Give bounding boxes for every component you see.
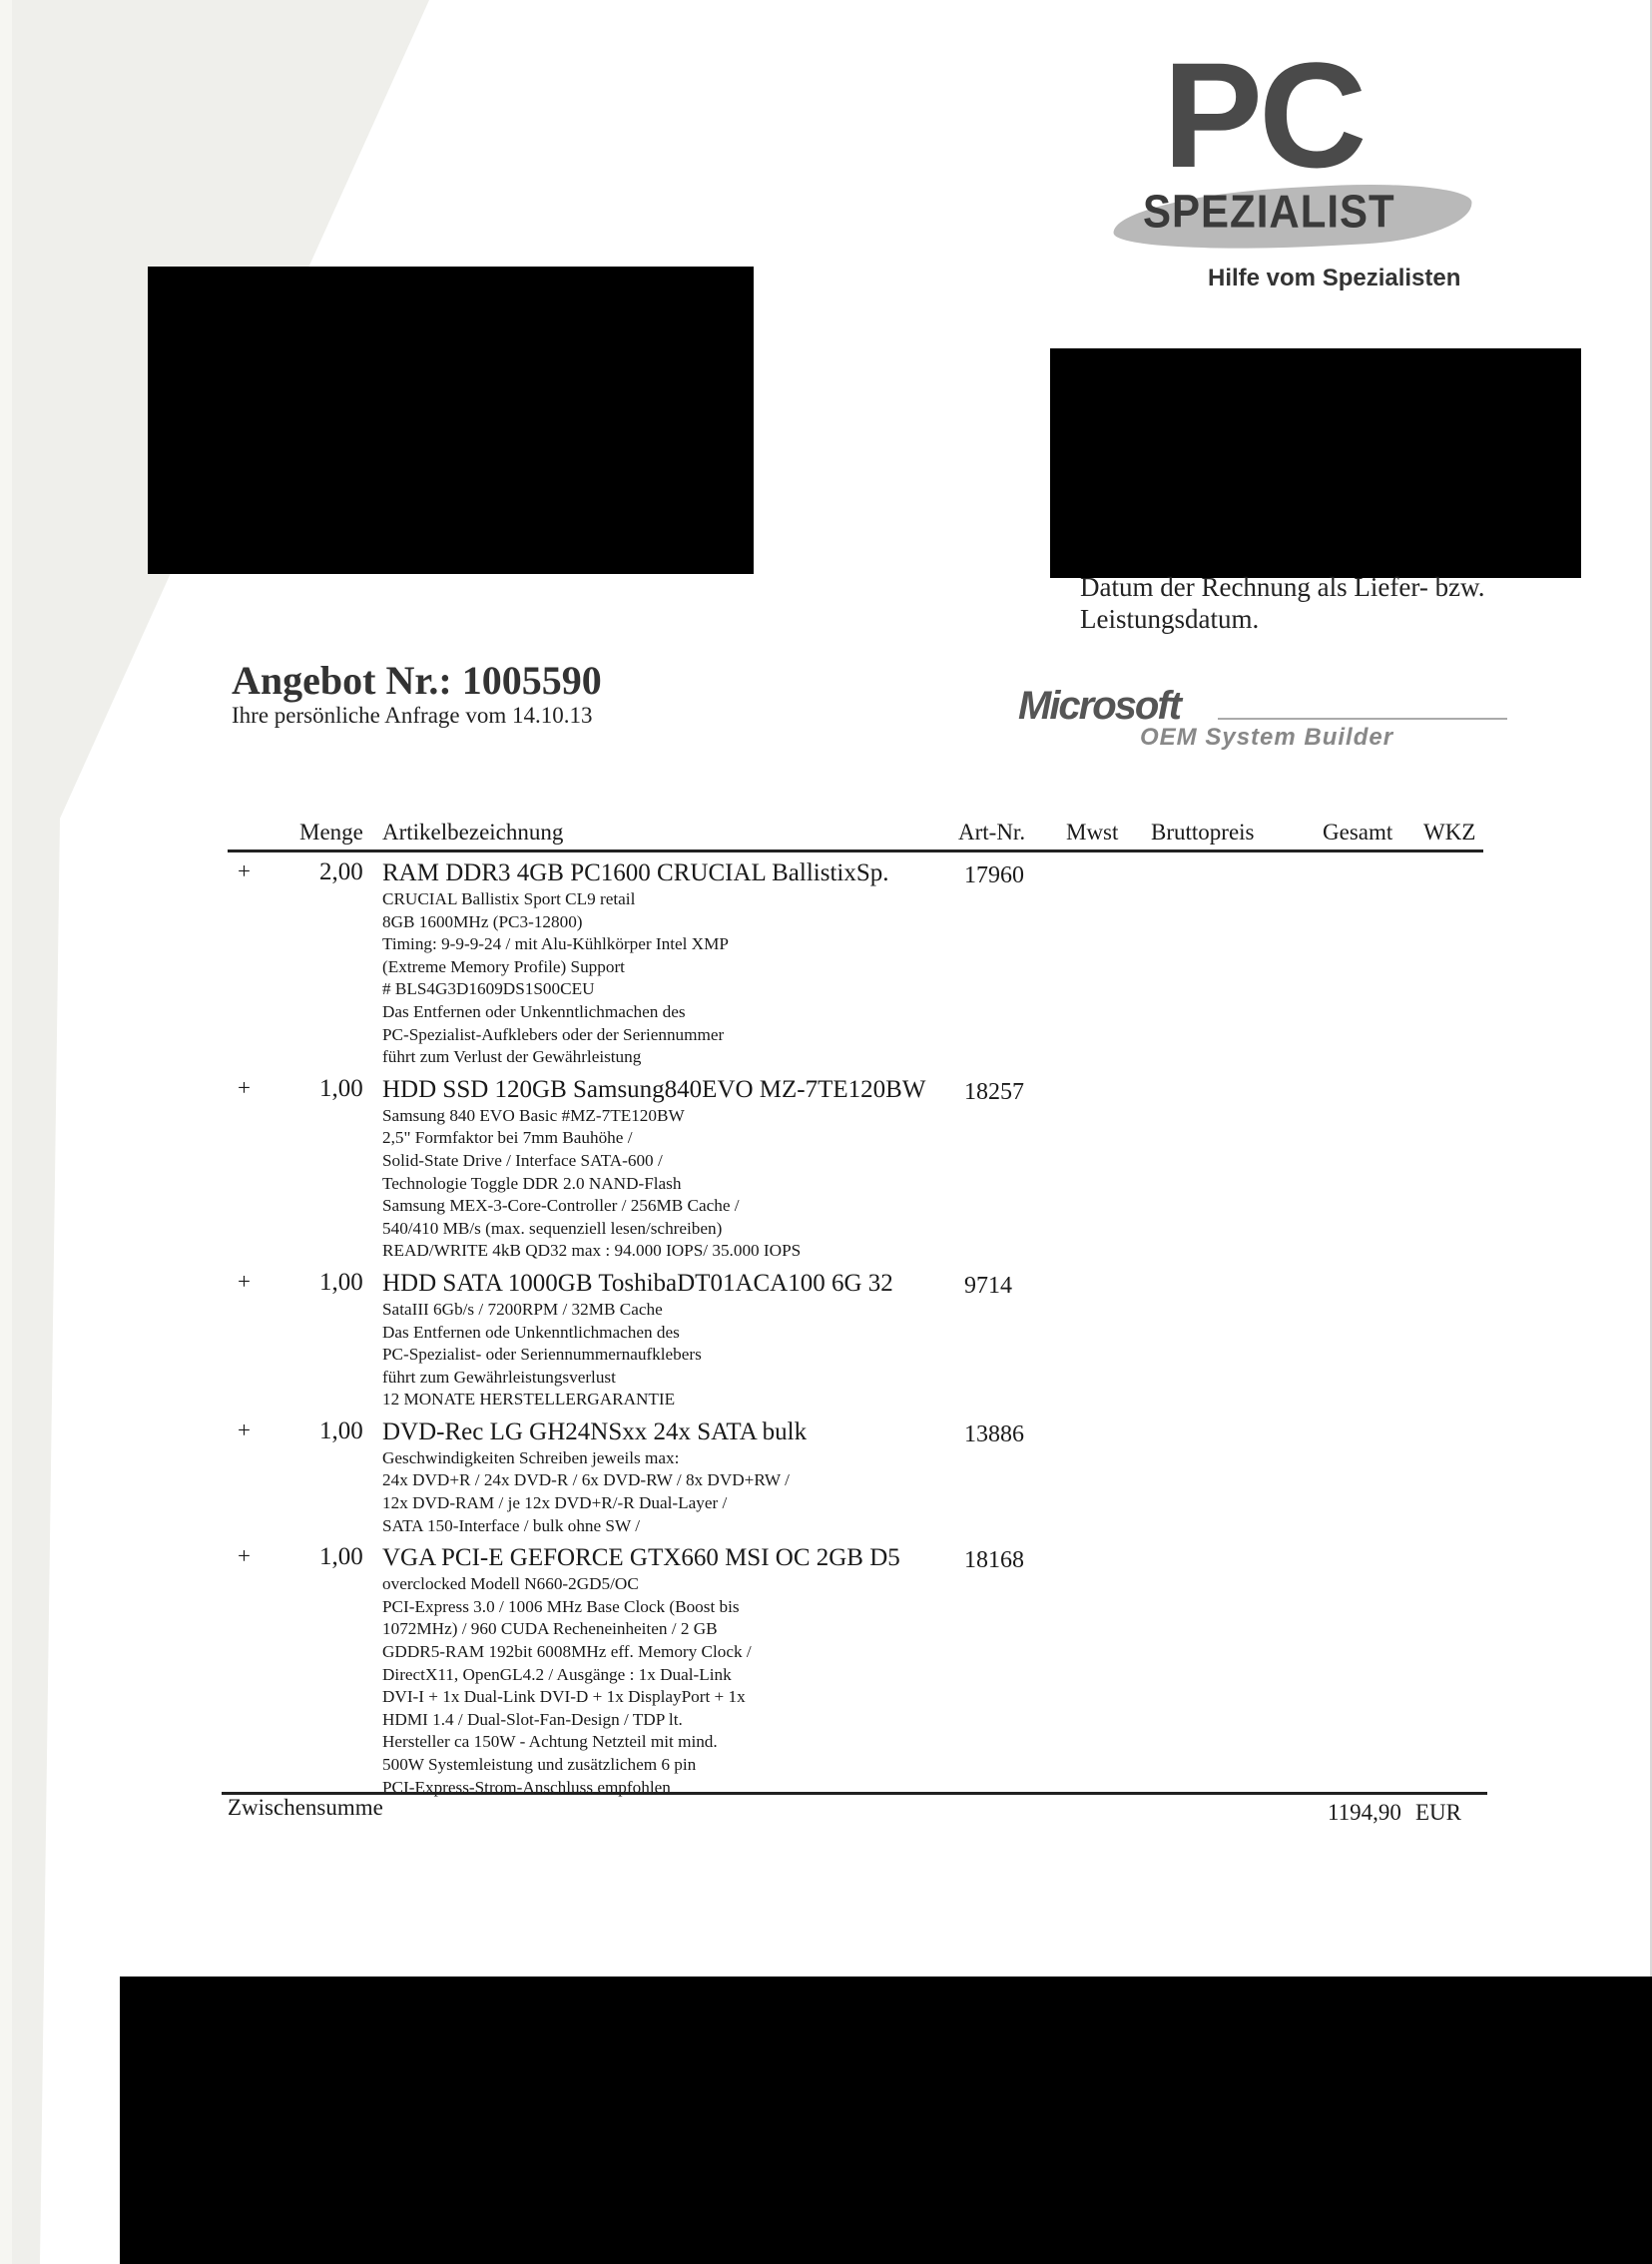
item-marker: + (238, 1417, 251, 1443)
header-artikel: Artikelbezeichnung (382, 820, 563, 846)
table-row: +1,00HDD SSD 120GB Samsung840EVO MZ-7TE1… (228, 1069, 1483, 1263)
item-description-line: Samsung MEX-3-Core-Controller / 256MB Ca… (382, 1195, 1483, 1218)
item-description-line: overclocked Modell N660-2GD5/OC (382, 1573, 1483, 1596)
table-row: +1,00DVD-Rec LG GH24NSxx 24x SATA bulk13… (228, 1412, 1483, 1537)
item-description-line: Geschwindigkeiten Schreiben jeweils max: (382, 1447, 1483, 1470)
item-description-line: (Extreme Memory Profile) Support (382, 956, 1483, 979)
logo-spezialist-text: SPEZIALIST (1143, 186, 1395, 239)
item-description-line: 12x DVD-RAM / je 12x DVD+R/-R Dual-Layer… (382, 1492, 1483, 1515)
item-article-number: 18257 (964, 1079, 1024, 1106)
item-description-line: GDDR5-RAM 192bit 6008MHz eff. Memory Clo… (382, 1641, 1483, 1664)
item-description-line: 24x DVD+R / 24x DVD-R / 6x DVD-RW / 8x D… (382, 1469, 1483, 1492)
item-description-line: Das Entfernen oder Unkenntlichmachen des (382, 1001, 1483, 1024)
item-name: HDD SATA 1000GB ToshibaDT01ACA100 6G 32 (382, 1269, 1483, 1299)
item-description-line: READ/WRITE 4kB QD32 max : 94.000 IOPS/ 3… (382, 1240, 1483, 1263)
date-note-line-2: Leistungsdatum. (1080, 603, 1485, 635)
item-description-line: 8GB 1600MHz (PC3-12800) (382, 911, 1483, 934)
item-description-line: 1072MHz) / 960 CUDA Recheneinheiten / 2 … (382, 1618, 1483, 1641)
item-description-line: CRUCIAL Ballistix Sport CL9 retail (382, 888, 1483, 911)
item-article-number: 9714 (964, 1273, 1012, 1300)
item-description-line: Hersteller ca 150W - Achtung Netzteil mi… (382, 1731, 1483, 1754)
item-description-line: Timing: 9-9-9-24 / mit Alu-Kühlkörper In… (382, 933, 1483, 956)
item-name: RAM DDR3 4GB PC1600 CRUCIAL BallistixSp. (382, 858, 1483, 888)
item-description-line: 540/410 MB/s (max. sequenziell lesen/sch… (382, 1218, 1483, 1241)
subtotal-divider (222, 1792, 1487, 1795)
item-description-line: PCI-Express-Strom-Anschluss empfohlen (382, 1777, 1483, 1800)
item-marker: + (238, 1075, 251, 1101)
item-description-line: Solid-State Drive / Interface SATA-600 / (382, 1150, 1483, 1173)
item-description-line: 12 MONATE HERSTELLERGARANTIE (382, 1389, 1483, 1412)
pc-spezialist-logo: PC SPEZIALIST Hilfe vom Spezialisten (1103, 60, 1502, 309)
header-gesamt: Gesamt (1323, 820, 1392, 846)
item-description-line: Samsung 840 EVO Basic #MZ-7TE120BW (382, 1105, 1483, 1128)
table-row: +2,00RAM DDR3 4GB PC1600 CRUCIAL Ballist… (228, 852, 1483, 1069)
item-article-number: 13886 (964, 1421, 1024, 1448)
table-row: +1,00HDD SATA 1000GB ToshibaDT01ACA100 6… (228, 1263, 1483, 1412)
item-description-line: 500W Systemleistung und zusätzlichem 6 p… (382, 1754, 1483, 1777)
subtotal-label: Zwischensumme (228, 1795, 383, 1821)
item-quantity: 1,00 (319, 1269, 363, 1297)
item-description-line: führt zum Gewährleistungsverlust (382, 1367, 1483, 1390)
item-name: DVD-Rec LG GH24NSxx 24x SATA bulk (382, 1417, 1483, 1447)
item-name: VGA PCI-E GEFORCE GTX660 MSI OC 2GB D5 (382, 1543, 1483, 1573)
item-quantity: 1,00 (319, 1075, 363, 1103)
item-description-line: Das Entfernen ode Unkenntlichmachen des (382, 1322, 1483, 1345)
item-quantity: 1,00 (319, 1543, 363, 1571)
item-marker: + (238, 1543, 251, 1569)
table-body: +2,00RAM DDR3 4GB PC1600 CRUCIAL Ballist… (228, 852, 1483, 1799)
logo-pc-text: PC (1163, 40, 1363, 190)
header-wkz: WKZ (1423, 820, 1475, 846)
header-menge: Menge (299, 820, 363, 846)
logo-tagline: Hilfe vom Spezialisten (1208, 265, 1460, 292)
item-marker: + (238, 1269, 251, 1295)
item-name: HDD SSD 120GB Samsung840EVO MZ-7TE120BW (382, 1075, 1483, 1105)
item-article-number: 17960 (964, 862, 1024, 889)
oem-system-builder-text: OEM System Builder (1140, 724, 1393, 752)
redacted-recipient-address (148, 267, 754, 574)
item-description-line: # BLS4G3D1609DS1S00CEU (382, 978, 1483, 1001)
redacted-sender-info (1050, 348, 1581, 578)
header-mwst: Mwst (1066, 820, 1118, 846)
item-description-line: führt zum Verlust der Gewährleistung (382, 1046, 1483, 1069)
table-row: +1,00VGA PCI-E GEFORCE GTX660 MSI OC 2GB… (228, 1537, 1483, 1799)
redacted-footer (120, 1977, 1652, 2264)
item-description-line: HDMI 1.4 / Dual-Slot-Fan-Design / TDP lt… (382, 1709, 1483, 1732)
item-quantity: 2,00 (319, 858, 363, 886)
delivery-date-note: Datum der Rechnung als Liefer- bzw. Leis… (1080, 571, 1485, 635)
item-description-line: DVI-I + 1x Dual-Link DVI-D + 1x DisplayP… (382, 1686, 1483, 1709)
item-description-line: PCI-Express 3.0 / 1006 MHz Base Clock (B… (382, 1596, 1483, 1619)
table-header: Menge Artikelbezeichnung Art-Nr. Mwst Br… (228, 814, 1483, 852)
item-description-line: DirectX11, OpenGL4.2 / Ausgänge : 1x Dua… (382, 1664, 1483, 1687)
item-description-line: PC-Spezialist- oder Seriennummernaufkleb… (382, 1344, 1483, 1367)
offer-items-table: Menge Artikelbezeichnung Art-Nr. Mwst Br… (228, 814, 1483, 1799)
microsoft-wordmark: Microsoft (1018, 684, 1180, 729)
item-article-number: 18168 (964, 1547, 1024, 1574)
subtotal-value: 1194,90 (1328, 1800, 1401, 1826)
item-description-line: Technologie Toggle DDR 2.0 NAND-Flash (382, 1173, 1483, 1196)
item-description-line: SATA 150-Interface / bulk ohne SW / (382, 1515, 1483, 1538)
item-description-line: 2,5" Formfaktor bei 7mm Bauhöhe / (382, 1127, 1483, 1150)
microsoft-oem-logo: Microsoft OEM System Builder (1018, 684, 1497, 754)
item-description-line: SataIII 6Gb/s / 7200RPM / 32MB Cache (382, 1299, 1483, 1322)
offer-title: Angebot Nr.: 1005590 (232, 659, 602, 703)
logo-divider (1218, 718, 1507, 720)
header-artnr: Art-Nr. (958, 820, 1025, 846)
item-quantity: 1,00 (319, 1417, 363, 1445)
subtotal-currency: EUR (1415, 1800, 1461, 1826)
header-bruttopreis: Bruttopreis (1151, 820, 1255, 846)
offer-subtitle: Ihre persönliche Anfrage vom 14.10.13 (232, 703, 602, 729)
offer-header: Angebot Nr.: 1005590 Ihre persönliche An… (232, 659, 602, 729)
date-note-line-1: Datum der Rechnung als Liefer- bzw. (1080, 571, 1485, 603)
item-marker: + (238, 858, 251, 884)
item-description-line: PC-Spezialist-Aufklebers oder der Serien… (382, 1024, 1483, 1047)
